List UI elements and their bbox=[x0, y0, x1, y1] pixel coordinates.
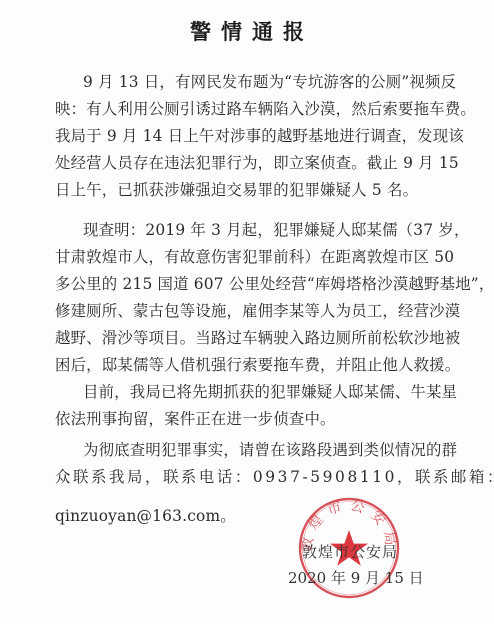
paragraph-2-line-6: 困后，邸某儒等人借机强行索要拖车费，并阻止他人救援。 bbox=[55, 355, 429, 375]
paragraph-2-line-1: 现查明：2019 年 3 月起，犯罪嫌疑人邸某儒（37 岁， bbox=[83, 220, 429, 240]
paragraph-2-line-2: 甘肃敦煌市人，有故意伤害犯罪前科）在距离敦煌市区 50 bbox=[55, 247, 429, 267]
paragraph-2-line-3: 多公里的 215 国道 607 公里处经营“库姆塔格沙漠越野基地”， bbox=[55, 274, 429, 294]
paragraph-2-line-4: 修建厕所、蒙古包等设施，雇佣李某等人为员工，经营沙漠 bbox=[55, 301, 429, 321]
paragraph-1-line-5: 日上午，已抓获涉嫌强迫交易罪的犯罪嫌疑人 5 名。 bbox=[55, 180, 429, 200]
page-title: 警情通报 bbox=[0, 16, 494, 46]
paragraph-1-line-4: 处经营人员存在违法犯罪行为，即立案侦查。截止 9 月 15 bbox=[55, 153, 429, 173]
paragraph-4-line-2: 众联系我局，联系电话：0937-5908110，联系邮箱： bbox=[55, 467, 429, 487]
paragraph-3-line-2: 依法刑事拘留，案件正在进一步侦查中。 bbox=[55, 409, 429, 429]
paragraph-1-line-2: 映：有人利用公厕引诱过路车辆陷入沙漠，然后索要拖车费。 bbox=[55, 99, 429, 119]
notice-page: 警情通报 9 月 13 日，有网民发布题为“专坑游客的公厕”视频反 映：有人利用… bbox=[0, 0, 494, 624]
paragraph-1-line-1: 9 月 13 日，有网民发布题为“专坑游客的公厕”视频反 bbox=[83, 72, 429, 92]
issuer-name: 敦煌市公安局 bbox=[302, 541, 398, 562]
paragraph-1-line-3: 我局于 9 月 14 日上午对涉事的越野基地进行调查，发现该 bbox=[55, 126, 429, 146]
issue-date: 2020 年 9 月 15 日 bbox=[288, 567, 424, 588]
paragraph-4-line-1: 为彻底查明犯罪事实，请曾在该路段遇到类似情况的群 bbox=[83, 440, 429, 460]
paragraph-3-line-1: 目前，我局已将先期抓获的犯罪嫌疑人邸某儒、牛某星 bbox=[83, 382, 429, 402]
paragraph-2-line-5: 越野、滑沙等项目。当路过车辆驶入路边厕所前松软沙地被 bbox=[55, 328, 429, 348]
